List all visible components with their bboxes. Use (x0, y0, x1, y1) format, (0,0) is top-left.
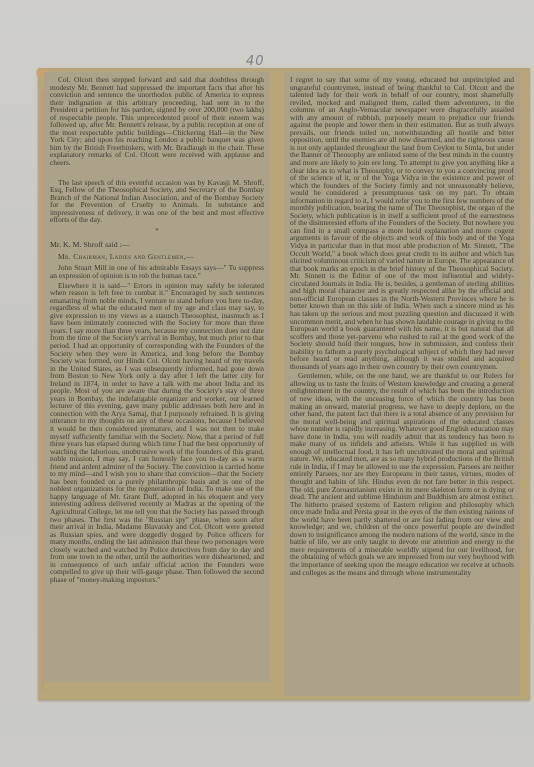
paragraph-gentlemen: Gentlemen, while, on the one hand, we ar… (290, 372, 514, 576)
paragraph-mill-quote: John Stuart Mill in one of his admirable… (50, 264, 264, 279)
section-separator: * (50, 228, 264, 236)
paragraph-olcott-remarks: Col. Olcott then stepped forward and sai… (50, 76, 264, 167)
left-text-column: Col. Olcott then stepped forward and sai… (44, 72, 270, 682)
paragraph-regret: I regret to say that some of my young, e… (290, 76, 514, 370)
right-text-column: I regret to say that some of my young, e… (284, 72, 520, 696)
paragraph-shroff-speech: Elsewhere it is said—" Errors in opinion… (50, 282, 264, 584)
speaker-heading: Mr. K. M. Shroff said :— (50, 241, 264, 249)
paragraph-last-speech: The last speech of this eventful occasio… (50, 179, 264, 224)
handwritten-page-number: 40 (246, 54, 265, 69)
album-page: 40 Col. Olcott then stepped forward and … (0, 0, 534, 767)
salutation: Mr. Chairman, Ladies and Gentlemen,— (58, 253, 264, 261)
